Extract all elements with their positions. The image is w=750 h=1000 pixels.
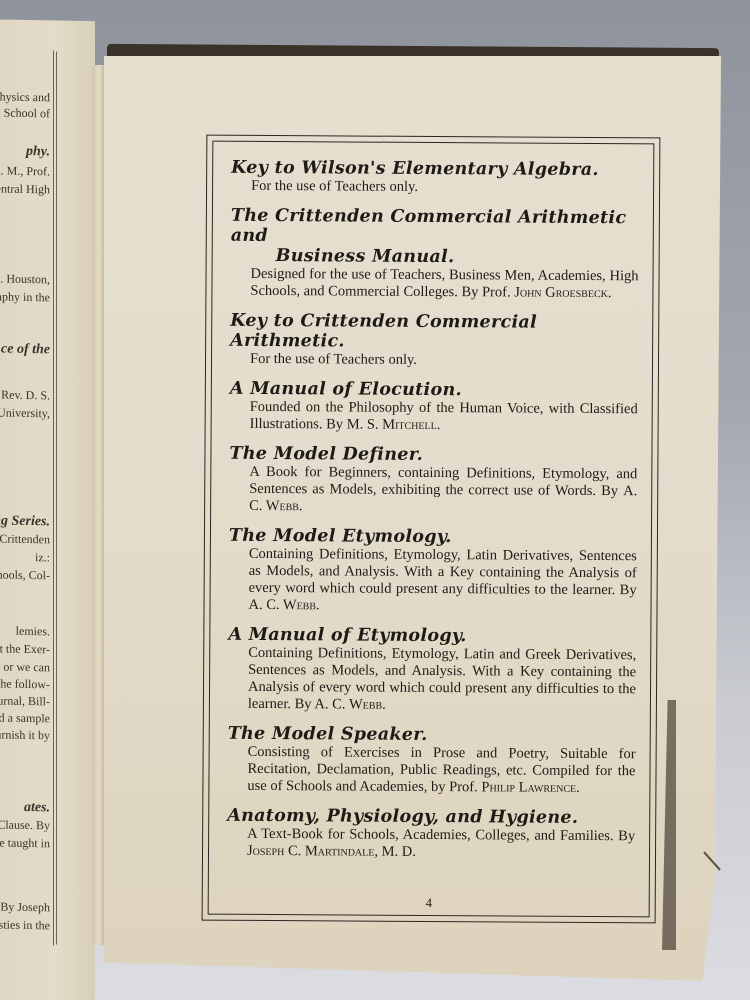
left-fragment: raphy in the — [0, 289, 50, 305]
book-description: For the use of Teachers only. — [231, 178, 639, 197]
description-text: Containing Definitions, Etymology, Latin… — [249, 546, 637, 598]
left-fragment: Schools, Col- — [0, 567, 50, 583]
book-author: Philip Lawrence. — [481, 779, 579, 796]
book-author: Joseph C. Martindale, M. D. — [247, 843, 416, 860]
book-list: Key to Wilson's Elementary Algebra. For … — [227, 158, 639, 873]
description-text: A Text-Book for Schools, Academies, Coll… — [247, 826, 635, 844]
left-fragment: nasties in the — [0, 917, 50, 933]
book-entry: The Model Speaker. Consisting of Exercis… — [227, 724, 635, 797]
left-fragment: phy. — [26, 144, 50, 159]
book-title: Anatomy, Physiology, and Hygiene. — [227, 806, 635, 828]
left-fragment: Physics and — [0, 89, 50, 105]
left-fragment: ng Series. — [0, 513, 50, 529]
left-fragment: iz.: — [35, 550, 50, 565]
book-entry: A Manual of Etymology. Containing Defini… — [228, 625, 637, 715]
book-description: Designed for the use of Teachers, Busine… — [230, 266, 638, 302]
left-fragment: Clause. By — [0, 817, 50, 833]
book-title: A Manual of Etymology. — [228, 625, 636, 647]
book-title: The Crittenden Commercial Arithmetic and… — [231, 206, 639, 268]
left-fragment: e Crittenden — [0, 531, 50, 547]
left-fragment: ll furnish it by — [0, 727, 50, 743]
book-title: The Model Definer. — [229, 444, 637, 466]
book-description: Containing Definitions, Etymology, Latin… — [228, 645, 636, 715]
left-fragment: sing, or we can — [0, 659, 50, 675]
book-title-line: The Crittenden Commercial Arithmetic and — [231, 206, 627, 246]
book-spine-gutter — [92, 65, 106, 945]
book-title: Key to Crittenden Commercial Arithmetic. — [230, 311, 638, 353]
book-author: A. C. Webb. — [248, 597, 319, 613]
book-entry: The Model Etymology. Containing Definiti… — [228, 526, 637, 616]
left-fragment: h School of — [0, 105, 50, 121]
book-title: A Manual of Elocution. — [230, 379, 638, 401]
book-author: John Groesbeck. — [514, 285, 611, 302]
left-fragment: lemies. — [16, 624, 50, 640]
left-fragment: y Rev. D. S. — [0, 387, 50, 403]
left-fragment: A. M., Prof. — [0, 163, 50, 179]
left-fragment: ce of the — [1, 342, 50, 358]
book-entry: Anatomy, Physiology, and Hygiene. A Text… — [227, 806, 635, 862]
left-page: Physics and h School of phy. A. M., Prof… — [0, 19, 95, 1000]
left-fragment: send a sample — [0, 710, 50, 726]
book-description: Founded on the Philosophy of the Human V… — [230, 399, 638, 435]
book-description: Consisting of Exercises in Prose and Poe… — [227, 744, 635, 797]
page-number: 4 — [209, 894, 649, 913]
book-description: Containing Definitions, Etymology, Latin… — [228, 546, 636, 616]
description-text: A Book for Beginners, containing Definit… — [249, 464, 637, 499]
book-title-line: Business Manual. — [231, 246, 639, 268]
book-author: Webb. — [349, 697, 386, 713]
book-entry: Key to Crittenden Commercial Arithmetic.… — [230, 311, 638, 370]
left-fragment: By Joseph — [0, 900, 50, 916]
left-fragment: for the follow- — [0, 676, 50, 692]
book-title: Key to Wilson's Elementary Algebra. — [231, 158, 639, 180]
book-description: For the use of Teachers only. — [230, 351, 638, 370]
book-entry: The Model Definer. A Book for Beginners,… — [229, 444, 637, 517]
left-fragment: be taught in — [0, 835, 50, 851]
book-description: A Text-Book for Schools, Academies, Coll… — [227, 826, 635, 862]
left-fragment: t University, — [0, 405, 50, 421]
book-entry: The Crittenden Commercial Arithmetic and… — [230, 206, 639, 302]
left-fragment: J. Houston, — [0, 271, 50, 287]
book-entry: Key to Wilson's Elementary Algebra. For … — [231, 158, 639, 197]
book-title: The Model Etymology. — [229, 526, 637, 548]
description-text: Founded on the Philosophy of the Human V… — [250, 399, 638, 433]
advertisement-frame: Key to Wilson's Elementary Algebra. For … — [202, 135, 661, 924]
advertisement-inner-border: Key to Wilson's Elementary Algebra. For … — [208, 141, 655, 918]
book-entry: A Manual of Elocution. Founded on the Ph… — [230, 379, 638, 435]
left-fragment: ates. — [24, 800, 50, 815]
book-author: M. S. Mitchell. — [347, 416, 441, 433]
book-description: A Book for Beginners, containing Definit… — [229, 464, 637, 517]
left-fragment: out the Exer- — [0, 641, 50, 657]
description-text: Containing Definitions, Etymology, Latin… — [248, 645, 636, 713]
book-title: The Model Speaker. — [228, 724, 636, 746]
left-fragment: Journal, Bill- — [0, 693, 50, 709]
left-fragment: Central High — [0, 181, 50, 197]
